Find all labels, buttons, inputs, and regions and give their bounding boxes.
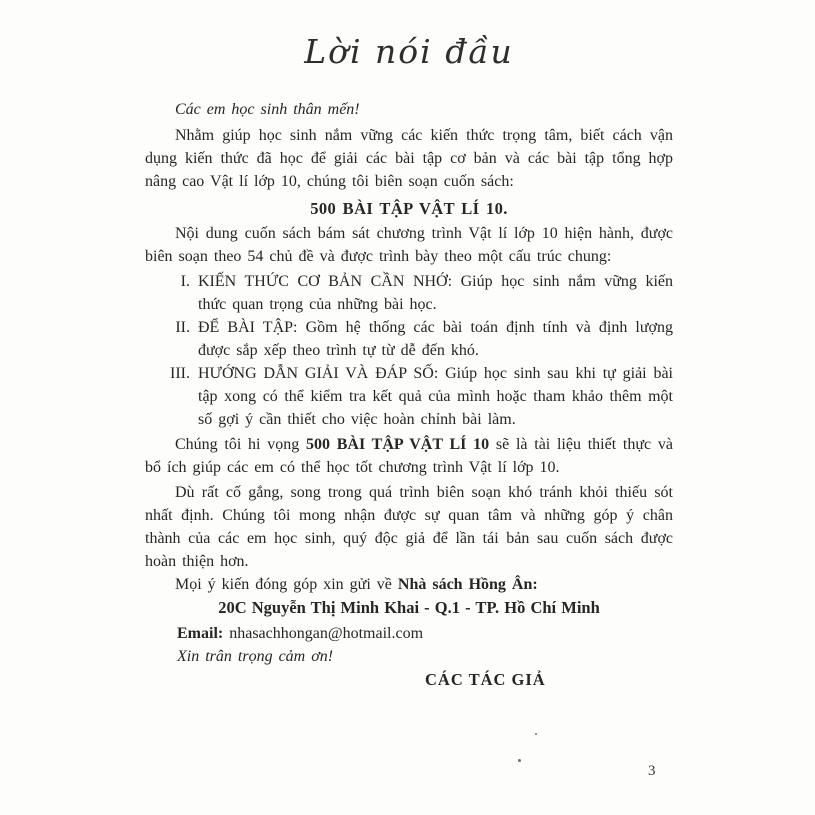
page-content: Lời nói đầu Các em học sinh thân mến! Nh… <box>145 0 673 691</box>
structure-paragraph: Nội dung cuốn sách bám sát chương trình … <box>145 222 673 268</box>
thanks-line: Xin trân trọng cảm ơn! <box>145 645 673 668</box>
book-title: 500 BÀI TẬP VẬT LÍ 10. <box>145 197 673 220</box>
list-item: III. HƯỚNG DẪN GIẢI VÀ ĐÁP SỐ: Giúp học … <box>145 362 673 431</box>
list-item-text: KIẾN THỨC CƠ BẢN CẦN NHỚ: Giúp học sinh … <box>198 273 673 313</box>
list-item: II. ĐỂ BÀI TẬP: Gồm hệ thống các bài toá… <box>145 316 673 362</box>
page-title: Lời nói đầu <box>145 28 673 76</box>
list-item-numeral: I. <box>145 270 190 293</box>
email-line: Email: nhasachhongan@hotmail.com <box>145 622 673 645</box>
salutation-line: Các em học sinh thân mến! <box>145 98 673 121</box>
contact-pre: Mọi ý kiến đóng góp xin gửi về <box>175 576 398 593</box>
bookstore-name: Nhà sách Hồng Ân: <box>398 576 538 593</box>
list-item: I. KIẾN THỨC CƠ BẢN CẦN NHỚ: Giúp học si… <box>145 270 673 316</box>
structure-list: I. KIẾN THỨC CƠ BẢN CẦN NHỚ: Giúp học si… <box>145 270 673 431</box>
page-number: 3 <box>648 763 656 780</box>
signoff-authors: CÁC TÁC GIẢ <box>425 668 673 691</box>
list-item-numeral: III. <box>145 362 190 385</box>
list-item-text: HƯỚNG DẪN GIẢI VÀ ĐÁP SỐ: Giúp học sinh … <box>198 365 673 428</box>
list-item-text: ĐỂ BÀI TẬP: Gồm hệ thống các bài toán đị… <box>198 319 673 359</box>
hope-pre: Chúng tôi hi vọng <box>175 436 306 453</box>
hope-book-title-bold: 500 BÀI TẬP VẬT LÍ 10 <box>306 436 489 453</box>
hope-paragraph: Chúng tôi hi vọng 500 BÀI TẬP VẬT LÍ 10 … <box>145 433 673 479</box>
intro-paragraph: Nhằm giúp học sinh nắm vững các kiến thứ… <box>145 124 673 193</box>
scan-speck <box>518 759 521 762</box>
list-item-numeral: II. <box>145 316 190 339</box>
email-value: nhasachhongan@hotmail.com <box>223 625 423 642</box>
scan-speck <box>535 733 537 735</box>
email-label: Email: <box>177 625 223 642</box>
contact-line: Mọi ý kiến đóng góp xin gửi về Nhà sách … <box>145 573 673 596</box>
apology-paragraph: Dù rất cố gắng, song trong quá trình biê… <box>145 481 673 573</box>
address-line: 20C Nguyễn Thị Minh Khai - Q.1 - TP. Hồ … <box>145 596 673 619</box>
book-page: Lời nói đầu Các em học sinh thân mến! Nh… <box>0 0 815 815</box>
